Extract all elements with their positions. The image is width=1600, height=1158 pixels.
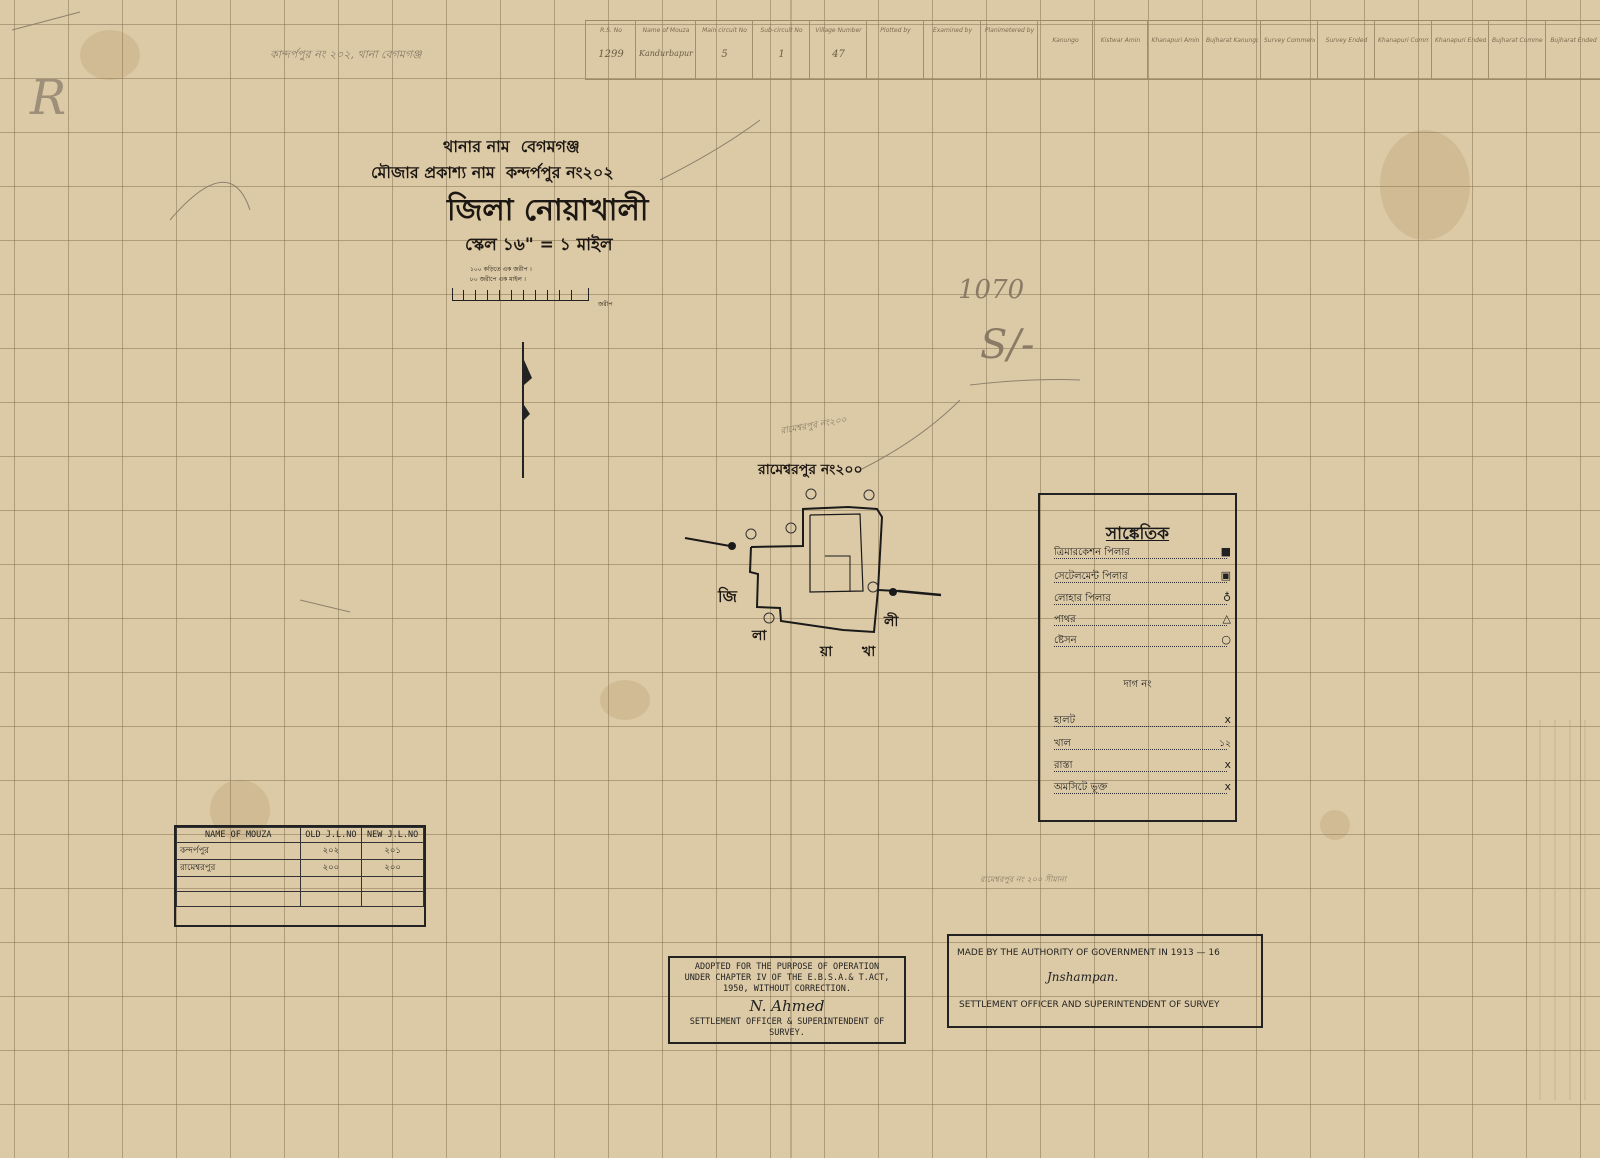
dag-item: খাল১২	[1054, 736, 1227, 750]
legend-box: সাঙ্কেতিক ত্রিমারকেশন পিলার■ সেটেলমেন্ট …	[1038, 493, 1237, 822]
pencil-initials: S/-	[980, 322, 1034, 368]
dag-item: অমসিটে ভূক্তx	[1054, 780, 1227, 794]
iron-pillar-icon: ♁	[1223, 591, 1231, 604]
district-letter: খা	[862, 640, 875, 664]
authority-block: MADE BY THE AUTHORITY OF GOVERNMENT IN 1…	[947, 934, 1263, 1028]
mouza-table: NAME OF MOUZAOLD J.L.NONEW J.L.NO কন্দর্…	[174, 825, 426, 927]
trimarcation-pillar-icon: ■	[1221, 545, 1231, 558]
dag-title: দাগ নং	[1040, 677, 1235, 694]
table-header-row: NAME OF MOUZAOLD J.L.NONEW J.L.NO	[177, 828, 424, 843]
pencil-number: 1070	[958, 275, 1024, 305]
map-sheet: R.S. No1299 Name of MouzaKandurbapur Mai…	[0, 0, 1600, 1158]
station-icon: ○	[1221, 633, 1231, 646]
signature: N. Ahmed	[670, 995, 904, 1017]
adoption-stamp: ADOPTED FOR THE PURPOSE OF OPERATION UND…	[668, 956, 906, 1044]
dag-item: রাস্তাx	[1054, 758, 1227, 772]
table-row: রামেশ্বরপুর২০০২০০	[177, 860, 424, 877]
table-row	[177, 877, 424, 892]
legend-item: সেটেলমেন্ট পিলার▣	[1054, 569, 1227, 583]
legend-item: পাথর△	[1054, 612, 1227, 626]
district-letter: জি	[718, 584, 737, 611]
district-letter: য়া	[820, 640, 832, 664]
signature: Jnshampan.	[1047, 970, 1118, 984]
table-row: কন্দর্পপুর২০২২০১	[177, 843, 424, 860]
dag-item: হালটx	[1054, 713, 1227, 727]
pencil-bottom-note: রামেশ্বরপুর নং ২০০ সীমানা	[980, 874, 1066, 887]
legend-item: ষ্টেসন○	[1054, 633, 1227, 647]
settlement-pillar-icon: ▣	[1221, 569, 1231, 582]
legend-item: ত্রিমারকেশন পিলার■	[1054, 545, 1227, 559]
stone-icon: △	[1223, 612, 1231, 625]
district-letter: লী	[884, 610, 898, 634]
legend-item: লোহার পিলার♁	[1054, 591, 1227, 605]
adjacent-mouza-label: রামেশ্বরপুর নং২০০	[758, 458, 863, 482]
district-letter: লা	[752, 624, 767, 648]
table-row	[177, 892, 424, 907]
